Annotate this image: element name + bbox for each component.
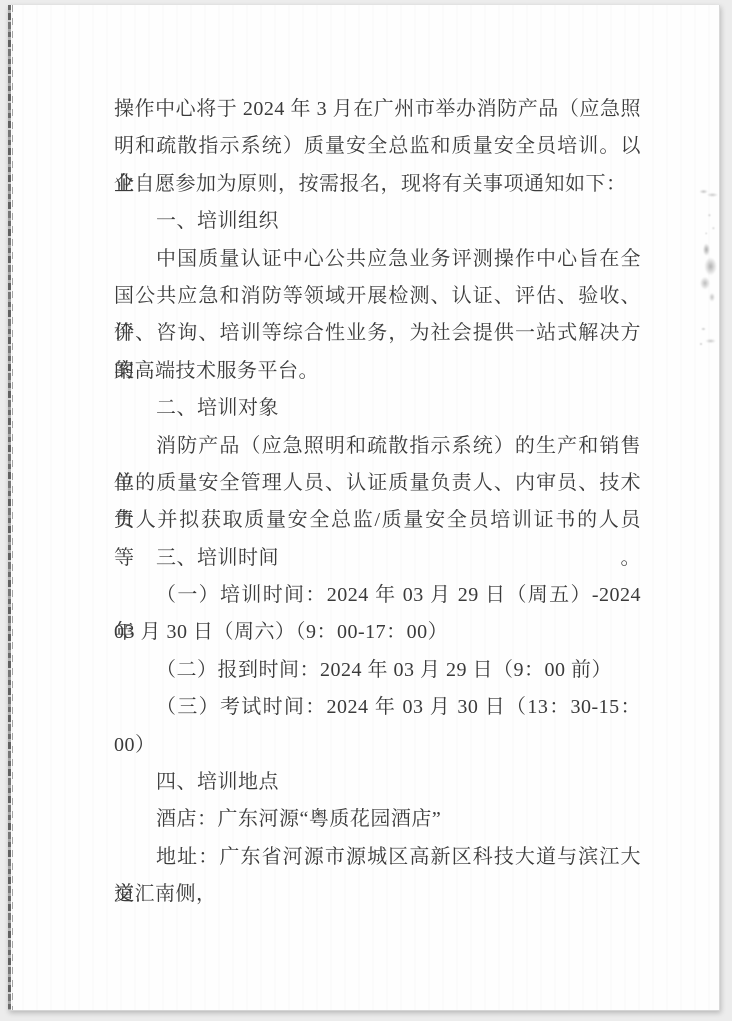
- text-line: 消防产品（应急照明和疏散指示系统）的生产和销售单: [114, 428, 641, 465]
- ink-smudge-artifact: [695, 320, 719, 350]
- section-heading: 二、培训对象: [114, 390, 641, 427]
- text-line: 明和疏散指示系统）质量安全总监和质量安全员培训。以企: [114, 128, 641, 165]
- text-line: 责人并拟获取质量安全总监/质量安全员培训证书的人员等。: [114, 502, 641, 539]
- ink-smudge-artifact: [697, 185, 719, 207]
- document-page: 操作中心将于 2024 年 3 月在广州市举办消防产品（应急照 明和疏散指示系统…: [8, 5, 720, 1011]
- text-line: 中国质量认证中心公共应急业务评测操作中心旨在全: [114, 241, 641, 278]
- ink-smudge-artifact: [703, 210, 719, 236]
- scan-edge-artifact-secondary: [12, 5, 13, 1010]
- text-line: 交汇南侧，: [114, 876, 641, 913]
- text-line: （二）报到时间：2024 年 03 月 29 日（9：00 前）: [114, 652, 641, 689]
- text-line: 酒店：广东河源“粤质花园酒店”: [114, 801, 641, 838]
- text-line: （一）培训时间：2024 年 03 月 29 日（周五）-2024 年: [114, 577, 641, 614]
- text-line: 业自愿参加为原则，按需报名，现将有关事项通知如下：: [114, 166, 641, 203]
- text-line: 的高端技术服务平台。: [114, 353, 641, 390]
- section-heading: 四、培训地点: [114, 764, 641, 801]
- text-line: （三）考试时间：2024 年 03 月 30 日（13：30-15：: [114, 689, 641, 726]
- ink-smudge-artifact: [691, 237, 719, 307]
- text-line: 03 月 30 日（周六）（9：00-17：00）: [114, 614, 641, 651]
- text-line: 位的质量安全管理人员、认证质量负责人、内审员、技术负: [114, 465, 641, 502]
- text-line: 国公共应急和消防等领域开展检测、认证、评估、验收、评: [114, 278, 641, 315]
- text-line: 操作中心将于 2024 年 3 月在广州市举办消防产品（应急照: [114, 91, 641, 128]
- scan-background: 操作中心将于 2024 年 3 月在广州市举办消防产品（应急照 明和疏散指示系统…: [0, 0, 732, 1021]
- document-body-text: 操作中心将于 2024 年 3 月在广州市举办消防产品（应急照 明和疏散指示系统…: [114, 91, 641, 914]
- section-heading: 一、培训组织: [114, 203, 641, 240]
- text-line: 地址：广东省河源市源城区高新区科技大道与滨江大道: [114, 839, 641, 876]
- text-line: 价、咨询、培训等综合性业务，为社会提供一站式解决方案: [114, 315, 641, 352]
- scan-edge-artifact: [8, 5, 11, 1010]
- text-line: 00）: [114, 727, 641, 764]
